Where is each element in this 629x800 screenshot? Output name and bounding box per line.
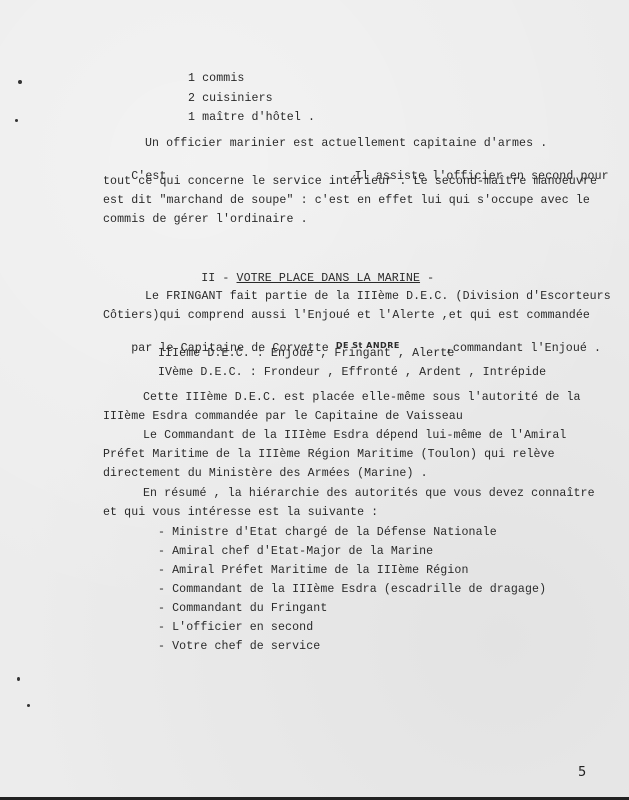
punch-mark <box>27 704 30 707</box>
hierarchy-item: - Commandant de la IIIème Esdra (escadri… <box>158 583 546 597</box>
paragraph-line: Cette IIIème D.E.C. est placée elle-même… <box>143 391 581 405</box>
text-fragment: ,commandant l'Enjoué . <box>446 342 601 355</box>
punch-mark <box>18 80 22 84</box>
document-page: 1 commis 2 cuisiniers 1 maître d'hôtel .… <box>0 0 629 800</box>
paragraph-line: Préfet Maritime de la IIIème Région Mari… <box>103 448 555 462</box>
hierarchy-item: - Amiral chef d'Etat-Major de la Marine <box>158 545 433 559</box>
section-suffix: - <box>427 272 434 285</box>
paragraph-line: et qui vous intéresse est la suivante : <box>103 506 378 520</box>
hierarchy-item: - Ministre d'Etat chargé de la Défense N… <box>158 526 497 540</box>
paragraph-line: tout ce qui concerne le service intérieu… <box>103 175 597 189</box>
staff-item: 1 commis <box>188 72 244 86</box>
paragraph-line: Un officier marinier est actuellement ca… <box>145 137 547 151</box>
paragraph-line: Le FRINGANT fait partie de la IIIème D.E… <box>145 290 611 304</box>
hierarchy-item: - Commandant du Fringant <box>158 602 327 616</box>
paragraph-line: Le Commandant de la IIIème Esdra dépend … <box>143 429 566 443</box>
paragraph-line: Côtiers)qui comprend aussi l'Enjoué et l… <box>103 309 590 323</box>
page-number: 5 <box>578 765 586 780</box>
section-title: VOTRE PLACE DANS LA MARINE <box>237 272 421 285</box>
hierarchy-item: - Amiral Préfet Maritime de la IIIème Ré… <box>158 564 469 578</box>
punch-mark <box>17 677 20 681</box>
division-line: IVème D.E.C. : Frondeur , Effronté , Ard… <box>158 366 546 380</box>
paragraph-line: est dit "marchand de soupe" : c'est en e… <box>103 194 590 208</box>
hierarchy-item: - Votre chef de service <box>158 640 320 654</box>
paragraph-line: directement du Ministère des Armées (Mar… <box>103 467 428 481</box>
paragraph-line: En résumé , la hiérarchie des autorités … <box>143 487 595 501</box>
punch-mark <box>15 119 18 122</box>
paragraph-line: IIIème Esdra commandée par le Capitaine … <box>103 410 463 424</box>
staff-item: 1 maître d'hôtel . <box>188 111 315 125</box>
section-number: II - <box>201 272 229 285</box>
hierarchy-item: - L'officier en second <box>158 621 313 635</box>
paragraph-line: commis de gérer l'ordinaire . <box>103 213 308 227</box>
division-line: IIIème D.E.C. : Enjoué , Fringant , Aler… <box>158 347 454 361</box>
staff-item: 2 cuisiniers <box>188 92 273 106</box>
